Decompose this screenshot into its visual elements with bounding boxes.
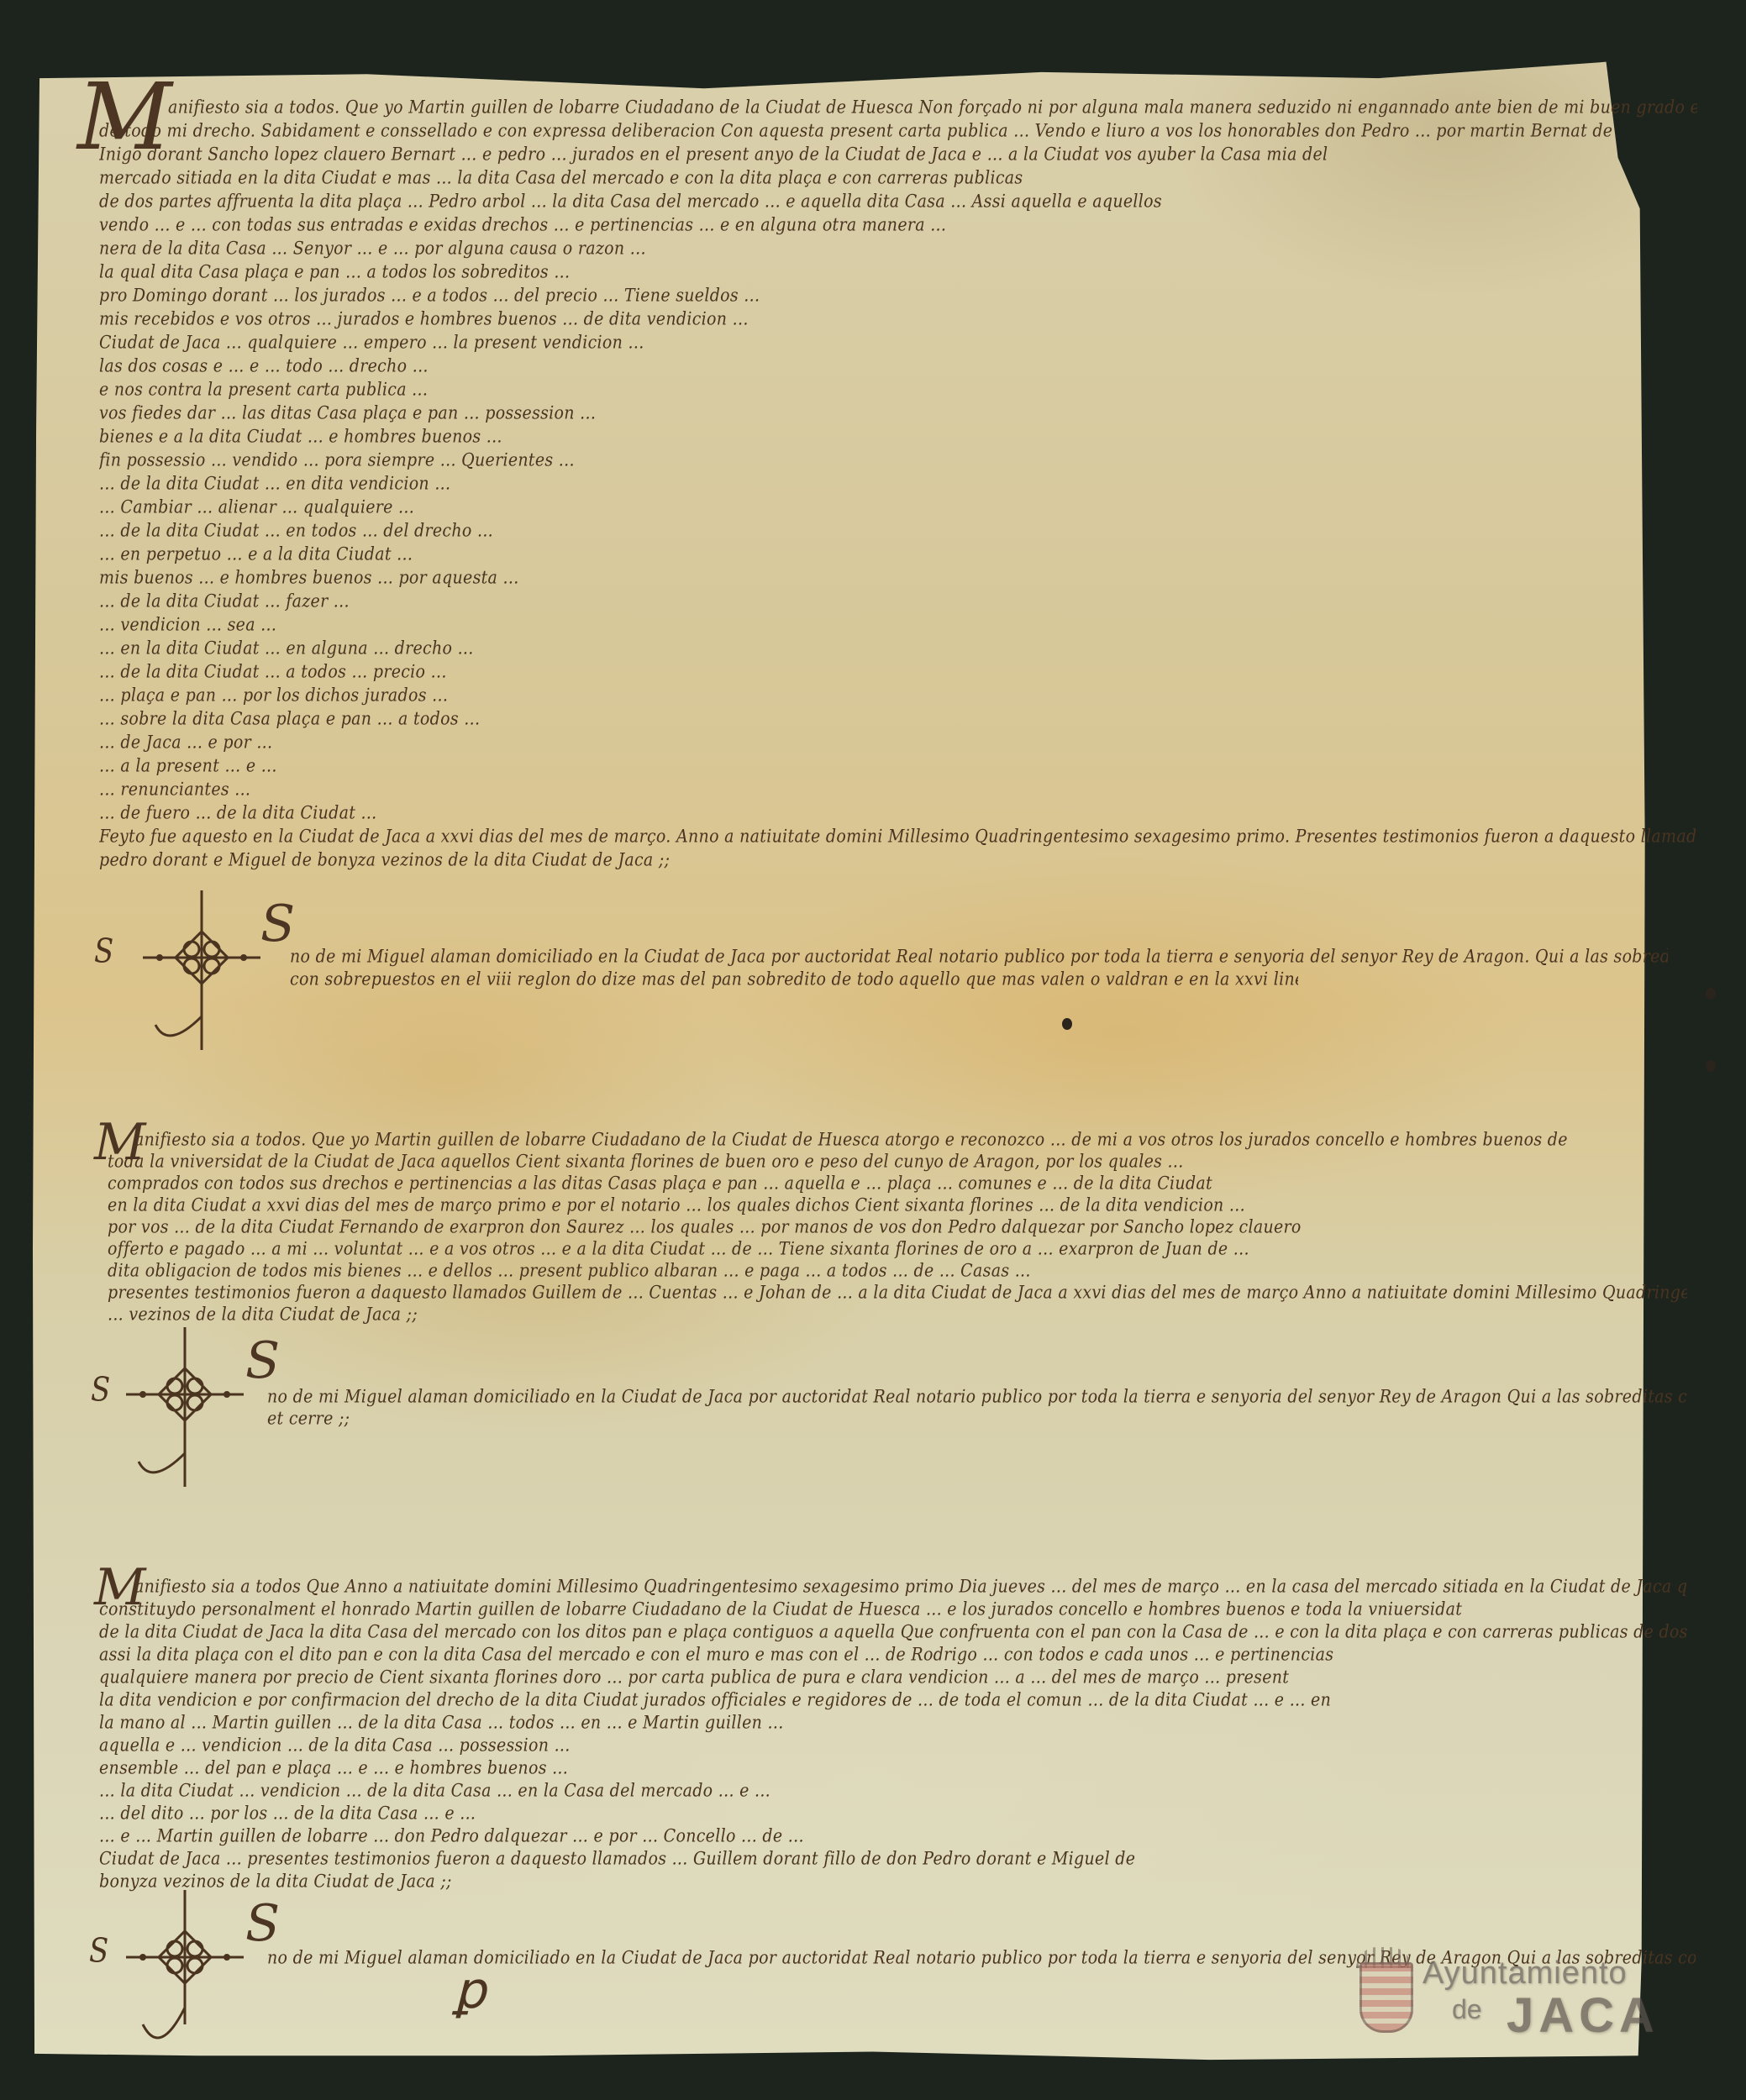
text-line: et cerre ;;: [267, 1408, 519, 1429]
text-line: qualquiere manera por precio de Cient si…: [99, 1667, 1687, 1688]
signum-initial: S: [94, 932, 113, 971]
text-line: por vos ... de la dita Ciudat Fernando d…: [108, 1216, 1687, 1237]
text-line: la qual dita Casa plaça e pan ... a todo…: [99, 261, 1696, 282]
watermark-prefix: de: [1452, 1994, 1482, 2025]
watermark-title: Ayuntamiento: [1423, 1956, 1628, 1992]
text-line: Ciudat de Jaca ... qualquiere ... empero…: [99, 332, 1696, 353]
text-line: e nos contra la present carta publica ..…: [99, 379, 1696, 400]
text-line: ... en la dita Ciudat ... en alguna ... …: [99, 638, 1696, 659]
notarial-knot-icon: [143, 890, 260, 1050]
coat-of-arms-icon: [1359, 1962, 1413, 2033]
notary-initial: S: [245, 1336, 280, 1386]
watermark-city: JACA: [1507, 1987, 1659, 2044]
text-line: ... del dito ... por los ... de la dita …: [99, 1803, 1687, 1824]
text-line: anifiesto sia a todos. Que yo Martin gui…: [134, 1129, 1689, 1150]
text-line: vos fiedes dar ... las ditas Casa plaça …: [99, 402, 1696, 423]
text-line: con sobrepuestos en el viii reglon do di…: [290, 969, 1298, 990]
text-line: ... la dita Ciudat ... vendicion ... de …: [99, 1780, 1687, 1801]
text-line: assi la dita plaça con el dito pan e con…: [99, 1644, 1687, 1665]
text-line: de todo mi drecho. Sabidament e conssell…: [99, 120, 1696, 141]
text-line: mercado sitiada en la dita Ciudat e mas …: [99, 167, 1696, 188]
text-line: mis buenos ... e hombres buenos ... por …: [99, 567, 1696, 588]
text-line: presentes testimonios fueron a daquesto …: [108, 1282, 1687, 1303]
text-line: las dos cosas e ... e ... todo ... drech…: [99, 355, 1696, 376]
text-line: bienes e a la dita Ciudat ... e hombres …: [99, 426, 1696, 447]
text-line: ... vendicion ... sea ...: [99, 614, 1696, 635]
text-line: de dos partes affruenta la dita plaça ..…: [99, 191, 1696, 212]
text-line: pro Domingo dorant ... los jurados ... e…: [99, 285, 1696, 306]
signum-initial: S: [91, 1371, 110, 1410]
text-line: ... en perpetuo ... e a la dita Ciudat .…: [99, 543, 1696, 564]
text-line: en la dita Ciudat a xxvi dias del mes de…: [108, 1194, 1687, 1215]
text-line: la dita vendicion e por confirmacion del…: [99, 1689, 1687, 1710]
text-line: vendo ... e ... con todas sus entradas e…: [99, 214, 1696, 235]
text-line: mis recebidos e vos otros ... jurados e …: [99, 308, 1696, 329]
text-line: la mano al ... Martin guillen ... de la …: [99, 1712, 1687, 1733]
text-line: offerto e pagado ... a mi ... voluntat .…: [108, 1238, 1687, 1259]
text-line: ... plaça e pan ... por los dichos jurad…: [99, 685, 1696, 706]
text-line: ... e ... Martin guillen de lobarre ... …: [99, 1825, 1687, 1846]
text-line: ... de la dita Ciudat ... a todos ... pr…: [99, 661, 1696, 682]
text-line: no de mi Miguel alaman domiciliado en la…: [290, 946, 1668, 967]
text-line: Inigo dorant Sancho lopez clauero Bernar…: [99, 144, 1696, 165]
text-line: anifiesto sia a todos Que Anno a natiuit…: [134, 1576, 1689, 1597]
closing-flourish-icon: ꝑ: [454, 1966, 486, 2016]
notarial-knot-icon: [126, 1890, 244, 2041]
parchment-hole: [1062, 1018, 1072, 1030]
text-line: ... de la dita Ciudat ... en dita vendic…: [99, 473, 1696, 494]
text-line: aquella e ... vendicion ... de la dita C…: [99, 1735, 1687, 1756]
text-line: anifiesto sia a todos. Que yo Martin gui…: [168, 97, 1697, 118]
text-line: ... de la dita Ciudat ... fazer ...: [99, 591, 1696, 612]
notary-initial: S: [245, 1898, 280, 1949]
notary-initial: S: [260, 899, 295, 949]
text-line: ... de fuero ... de la dita Ciudat ...: [99, 802, 1696, 823]
signum-initial: S: [89, 1932, 108, 1971]
text-line: ... vezinos de la dita Ciudat de Jaca ;;: [108, 1304, 1032, 1325]
text-line: fin possessio ... vendido ... pora siemp…: [99, 449, 1696, 470]
notarial-knot-icon: [126, 1327, 244, 1487]
text-line: dita obligacion de todos mis bienes ... …: [108, 1260, 1687, 1281]
archive-watermark: Ayuntamiento de JACA: [1343, 1947, 1696, 2056]
text-line: toda la vniversidat de la Ciudat de Jaca…: [108, 1151, 1687, 1172]
text-line: Ciudat de Jaca ... presentes testimonios…: [99, 1848, 1687, 1869]
text-line: ensemble ... del pan e plaça ... e ... e…: [99, 1757, 1687, 1778]
parchment-hole: [1706, 988, 1716, 1000]
text-line: ... de la dita Ciudat ... en todos ... d…: [99, 520, 1696, 541]
text-line: Feyto fue aquesto en la Ciudat de Jaca a…: [99, 826, 1696, 847]
parchment-hole: [1706, 1060, 1716, 1072]
text-line: de la dita Ciudat de Jaca la dita Casa d…: [99, 1621, 1687, 1642]
text-line: comprados con todos sus drechos e pertin…: [108, 1173, 1687, 1194]
text-line: ... de Jaca ... e por ...: [99, 732, 1696, 753]
text-line: pedro dorant e Miguel de bonyza vezinos …: [99, 849, 1023, 870]
text-line: bonyza vezinos de la dita Ciudat de Jaca…: [99, 1871, 687, 1892]
text-line: ... Cambiar ... alienar ... qualquiere .…: [99, 496, 1696, 517]
text-line: constituydo personalment el honrado Mart…: [99, 1599, 1687, 1620]
text-line: ... sobre la dita Casa plaça e pan ... a…: [99, 708, 1696, 729]
text-line: ... renunciantes ...: [99, 779, 1696, 800]
text-line: nera de la dita Casa ... Senyor ... e ..…: [99, 238, 1696, 259]
text-line: no de mi Miguel alaman domiciliado en la…: [267, 1386, 1687, 1407]
text-line: ... a la present ... e ...: [99, 755, 1696, 776]
